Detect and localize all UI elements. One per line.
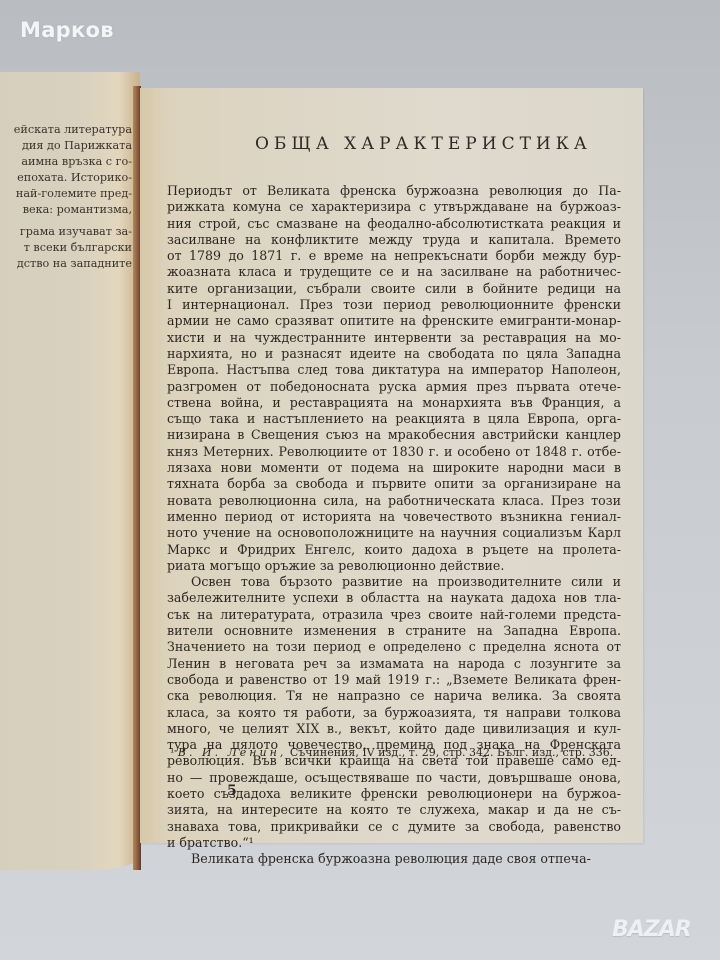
- text-line: тяхната борба за свобода и първите опити…: [167, 476, 621, 492]
- text-line: класа, за която тя работи, за буржоазият…: [167, 705, 621, 721]
- left-page-line: епохата. Историко-: [14, 170, 132, 186]
- text-line: сък на литературата, отразила чрез своит…: [167, 607, 621, 623]
- body-text: Периодът от Великата френска буржоазна р…: [167, 183, 621, 867]
- text-line: Маркс и Фридрих Енгелс, които дадоха в р…: [167, 542, 621, 558]
- text-line: Европа. Настъпва след това диктатура на …: [167, 362, 621, 378]
- text-line: жоазната класа и трудещите се и на засил…: [167, 264, 621, 280]
- footnote: ¹ В. И. Ленин, Съчинения, IV изд., т. 29…: [170, 746, 613, 759]
- left-page-line: дство на западните: [17, 256, 132, 272]
- text-line: зията, на интересите на която те служеха…: [167, 802, 621, 818]
- left-page: ейската литература дия до Парижката аимн…: [0, 72, 140, 870]
- text-line: низирана в Свещения съюз на мракобесния …: [167, 427, 621, 443]
- text-line: княз Метерних. Революциите от 1830 г. и …: [167, 444, 621, 460]
- left-page-line: аимна връзка с го-: [14, 154, 132, 170]
- text-line: Великата френска буржоазна революция дад…: [167, 851, 621, 867]
- text-line: новата революционна сила, на работническ…: [167, 493, 621, 509]
- left-page-text-block-2: грама изучават за- т всеки български дст…: [17, 224, 132, 272]
- text-line: свобода и равенство от 19 май 1919 г.: „…: [167, 672, 621, 688]
- page-number: 5: [227, 783, 237, 799]
- paragraph: Периодът от Великата френска буржоазна р…: [167, 183, 621, 574]
- text-line: ното учение на основоположниците на науч…: [167, 525, 621, 541]
- text-line: разгромен от победоносната руска армия п…: [167, 379, 621, 395]
- footnote-marker: ¹: [170, 746, 174, 759]
- paragraph: Освен това бързото развитие на производи…: [167, 574, 621, 851]
- text-line: ствена война, и реставрацията на монархи…: [167, 395, 621, 411]
- text-line: знаваха това, прикривайки се с думите за…: [167, 819, 621, 835]
- seller-watermark: Марков: [20, 18, 114, 42]
- text-line: I интернационал. През този период револю…: [167, 297, 621, 313]
- right-page: ОБЩА ХАРАКТЕРИСТИКА Периодът от Великата…: [140, 88, 643, 843]
- bazar-logo: BAZAR: [612, 917, 691, 942]
- text-line: засилване на конфликтите между труда и к…: [167, 232, 621, 248]
- left-page-line: века: романтизма,: [14, 202, 132, 218]
- text-line: нархията, но и разнасят идеите на свобод…: [167, 346, 621, 362]
- text-line: забележителните успехи в областта на нау…: [167, 590, 621, 606]
- left-page-text-block-1: ейската литература дия до Парижката аимн…: [14, 122, 132, 218]
- text-line: армии не само сразяват опитите на френск…: [167, 313, 621, 329]
- left-page-line: грама изучават за-: [17, 224, 132, 240]
- text-line: Освен това бързото развитие на производи…: [167, 574, 621, 590]
- left-page-line: най-големите пред-: [14, 186, 132, 202]
- text-line: много, че целият XIX в., векът, който да…: [167, 721, 621, 737]
- text-line: и братство.“¹: [167, 835, 621, 851]
- text-line: вители основните изменения в страните на…: [167, 623, 621, 639]
- left-page-line: дия до Парижката: [14, 138, 132, 154]
- text-line: именно период от историята на човечество…: [167, 509, 621, 525]
- chapter-title: ОБЩА ХАРАКТЕРИСТИКА: [255, 134, 592, 154]
- left-page-line: т всеки български: [17, 240, 132, 256]
- text-line: хисти и на чуждестранните интервенти за …: [167, 330, 621, 346]
- text-line: лязаха нови моменти от подема на широкит…: [167, 460, 621, 476]
- text-line: рижката комуна се характеризира с утвърж…: [167, 199, 621, 215]
- text-line: ките организации, събрали своите сили в …: [167, 281, 621, 297]
- text-line: Ленин в неговата реч за измамата на наро…: [167, 656, 621, 672]
- footnote-author: В. И. Ленин,: [178, 746, 286, 759]
- left-page-line: ейската литература: [14, 122, 132, 138]
- footnote-citation: Съчинения, IV изд., т. 29, стр. 342. Бъл…: [290, 746, 613, 759]
- text-line: ска революция. Тя не напразно се нарича …: [167, 688, 621, 704]
- text-line: от 1789 до 1871 г. е време на непрекъсна…: [167, 248, 621, 264]
- text-line: Значението на този период е определено с…: [167, 639, 621, 655]
- text-line: ния строй, със смазване на феодално-абсо…: [167, 216, 621, 232]
- paragraph: Великата френска буржоазна революция дад…: [167, 851, 621, 867]
- text-line: също така и настъплението на реакцията в…: [167, 411, 621, 427]
- text-line: риата могъщо оръжие за революционно дейс…: [167, 558, 621, 574]
- text-line: Периодът от Великата френска буржоазна р…: [167, 183, 621, 199]
